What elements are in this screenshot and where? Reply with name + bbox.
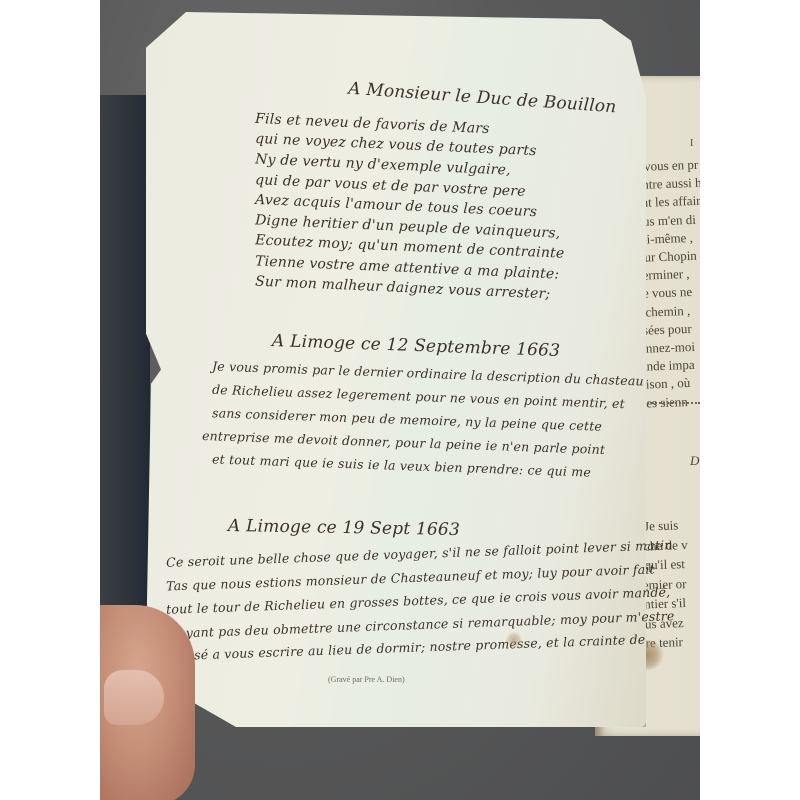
book-cover-edge [100,95,150,675]
page-marker: I [690,138,693,149]
printed-line: Je suis [644,517,679,534]
letter2-heading: A Limoge ce 19 Sept 1663 [228,516,460,540]
book-photo: I Je vous en prcontre aussi hsont les af… [100,0,700,800]
ink-stain [506,632,522,648]
ornamental-divider [640,402,700,404]
printed-section-heading: D [690,453,699,469]
thumbnail [104,670,164,725]
engraver-credit: (Gravé par Pre A. Dien) [328,675,405,684]
